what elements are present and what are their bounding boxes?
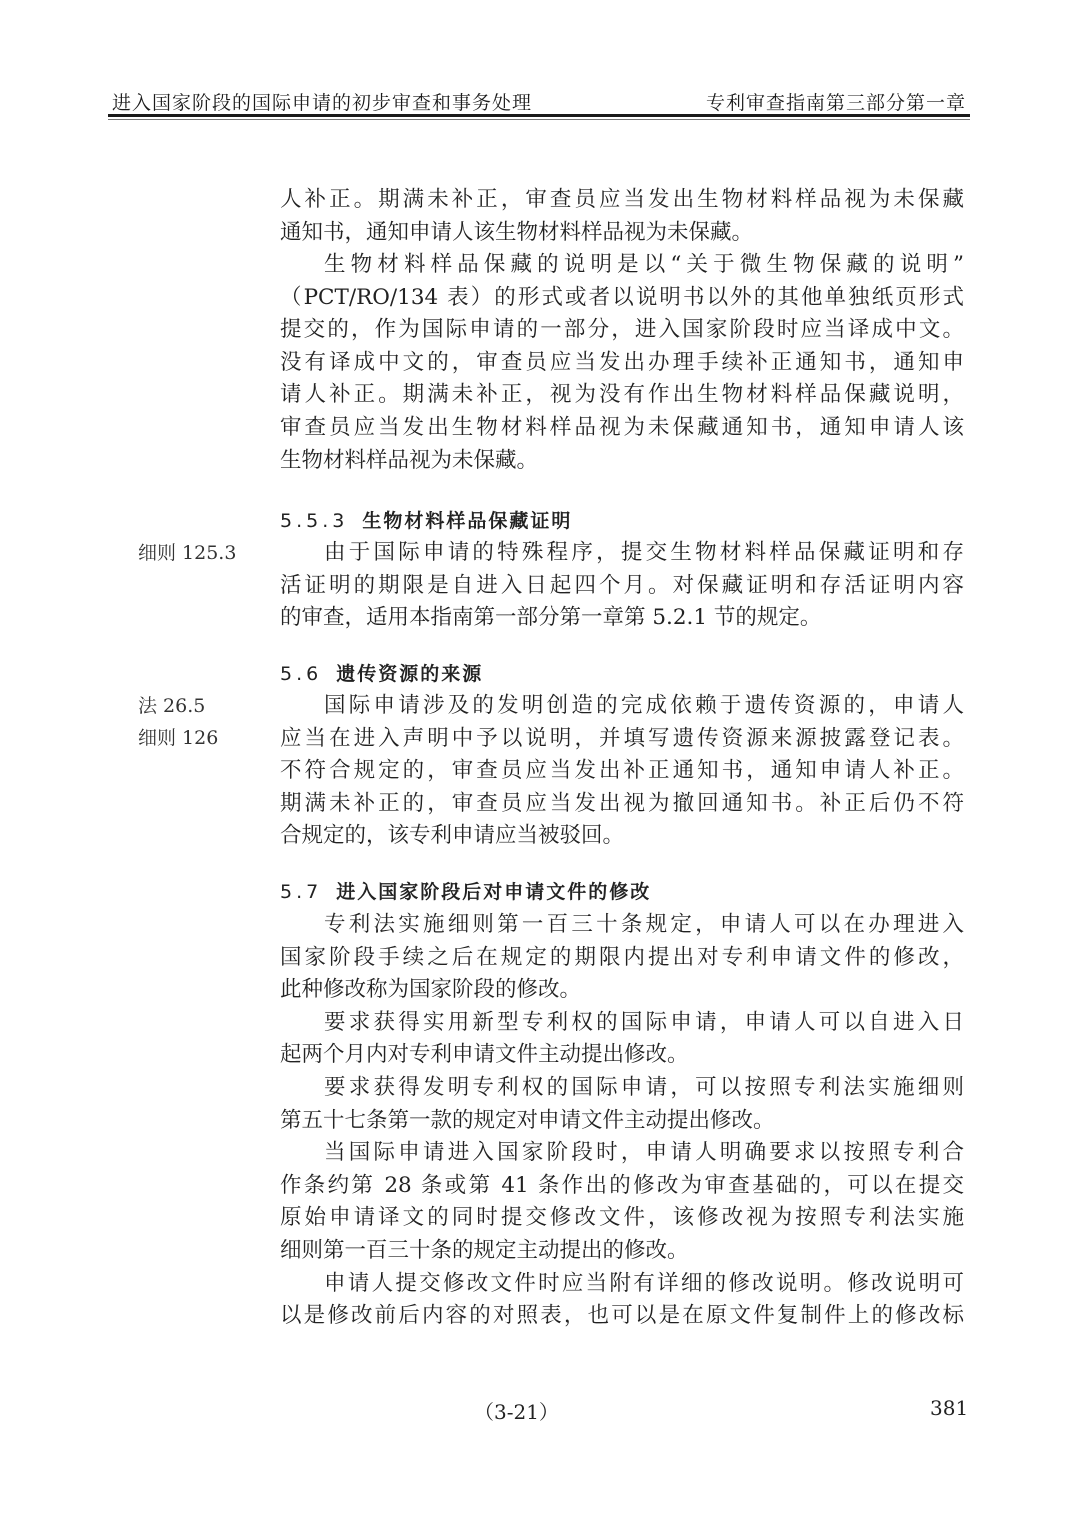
section-body-5-6: 国际申请涉及的发明创造的完成依赖于遗传资源的，申请人 应当在进入声明中予以说明，… (280, 690, 964, 853)
text-line: 要求获得发明专利权的国际申请，可以按照专利法实施细则 (280, 1072, 964, 1105)
header-rule-thin (108, 119, 970, 120)
text-line: 此种修改称为国家阶段的修改。 (280, 974, 964, 1007)
text-line: 国家阶段手续之后在规定的期限内提出对专利申请文件的修改， (280, 942, 964, 975)
text-line: 要求获得实用新型专利权的国际申请，申请人可以自进入日 (280, 1007, 964, 1040)
section-page-number: （3-21） (474, 1396, 559, 1425)
text-line: 由于国际申请的特殊程序，提交生物材料样品保藏证明和存 (280, 537, 964, 570)
header-rule (108, 114, 970, 117)
text-line: 国际申请涉及的发明创造的完成依赖于遗传资源的，申请人 (280, 690, 964, 723)
text-line: 没有译成中文的，审查员应当发出办理手续补正通知书，通知申 (280, 347, 964, 380)
text-line: 细则第一百三十条的规定主动提出的修改。 (280, 1235, 964, 1268)
section-title: 进入国家阶段后对申请文件的修改 (336, 881, 651, 903)
paragraph-continuation: 人补正。期满未补正，审查员应当发出生物材料样品视为未保藏 通知书，通知申请人该生… (280, 184, 964, 249)
text-line: （PCT/RO/134 表）的形式或者以说明书以外的其他单独纸页形式 (280, 282, 964, 315)
margin-note-rule-125-3: 细则 125.3 (138, 537, 236, 570)
page-number: 381 (930, 1396, 968, 1420)
text-line: 生物材料样品保藏的说明是以“关于微生物保藏的说明” (280, 249, 964, 282)
text-line: 不符合规定的，审查员应当发出补正通知书，通知申请人补正。 (280, 755, 964, 788)
section-body-5-5-3: 由于国际申请的特殊程序，提交生物材料样品保藏证明和存 活证明的期限是自进入日起四… (280, 537, 964, 635)
text-line: 活证明的期限是自进入日起四个月。对保藏证明和存活证明内容 (280, 570, 964, 603)
section-body-5-7: 专利法实施细则第一百三十条规定，申请人可以在办理进入 国家阶段手续之后在规定的期… (280, 909, 964, 1333)
section-heading-5-5-3: 5.5.3生物材料样品保藏证明 (280, 505, 964, 537)
text-line: 通知书，通知申请人该生物材料样品视为未保藏。 (280, 217, 964, 250)
text-line: 人补正。期满未补正，审查员应当发出生物材料样品视为未保藏 (280, 184, 964, 217)
text-line: 请人补正。期满未补正，视为没有作出生物材料样品保藏说明， (280, 379, 964, 412)
text-line: 期满未补正的，审查员应当发出视为撤回通知书。补正后仍不符 (280, 788, 964, 821)
text-line: 申请人提交修改文件时应当附有详细的修改说明。修改说明可 (280, 1268, 964, 1301)
text-line: 应当在进入声明中予以说明，并填写遗传资源来源披露登记表。 (280, 723, 964, 756)
section-number: 5.6 (280, 663, 322, 685)
text-line: 当国际申请进入国家阶段时，申请人明确要求以按照专利合 (280, 1137, 964, 1170)
margin-note-rule-126: 细则 126 (138, 722, 218, 755)
section-title: 生物材料样品保藏证明 (362, 510, 572, 532)
text-line: 专利法实施细则第一百三十条规定，申请人可以在办理进入 (280, 909, 964, 942)
text-line: 起两个月内对专利申请文件主动提出修改。 (280, 1039, 964, 1072)
section-heading-5-6: 5.6遗传资源的来源 (280, 658, 964, 690)
section-number: 5.5.3 (280, 510, 348, 532)
header-chapter-title: 进入国家阶段的国际申请的初步审查和事务处理 (112, 88, 532, 115)
section-title: 遗传资源的来源 (336, 663, 483, 685)
paragraph-deposit-statement: 生物材料样品保藏的说明是以“关于微生物保藏的说明” （PCT/RO/134 表）… (280, 249, 964, 477)
text-line: 作条约第 28 条或第 41 条作出的修改为审查基础的，可以在提交 (280, 1170, 964, 1203)
text-line: 以是修改前后内容的对照表，也可以是在原文件复制件上的修改标 (280, 1300, 964, 1333)
section-heading-5-7: 5.7进入国家阶段后对申请文件的修改 (280, 876, 964, 908)
text-line: 合规定的，该专利申请应当被驳回。 (280, 820, 964, 853)
text-line: 第五十七条第一款的规定对申请文件主动提出修改。 (280, 1105, 964, 1138)
running-header: 进入国家阶段的国际申请的初步审查和事务处理 专利审查指南第三部分第一章 (108, 84, 970, 114)
header-part-title: 专利审查指南第三部分第一章 (706, 88, 966, 115)
text-line: 生物材料样品视为未保藏。 (280, 445, 964, 478)
section-number: 5.7 (280, 881, 322, 903)
text-line: 提交的，作为国际申请的一部分，进入国家阶段时应当译成中文。 (280, 314, 964, 347)
text-line: 审查员应当发出生物材料样品视为未保藏通知书，通知申请人该 (280, 412, 964, 445)
text-line: 的审查，适用本指南第一部分第一章第 5.2.1 节的规定。 (280, 602, 964, 635)
text-line: 原始申请译文的同时提交修改文件，该修改视为按照专利法实施 (280, 1202, 964, 1235)
margin-note-law-26-5: 法 26.5 (138, 690, 205, 723)
